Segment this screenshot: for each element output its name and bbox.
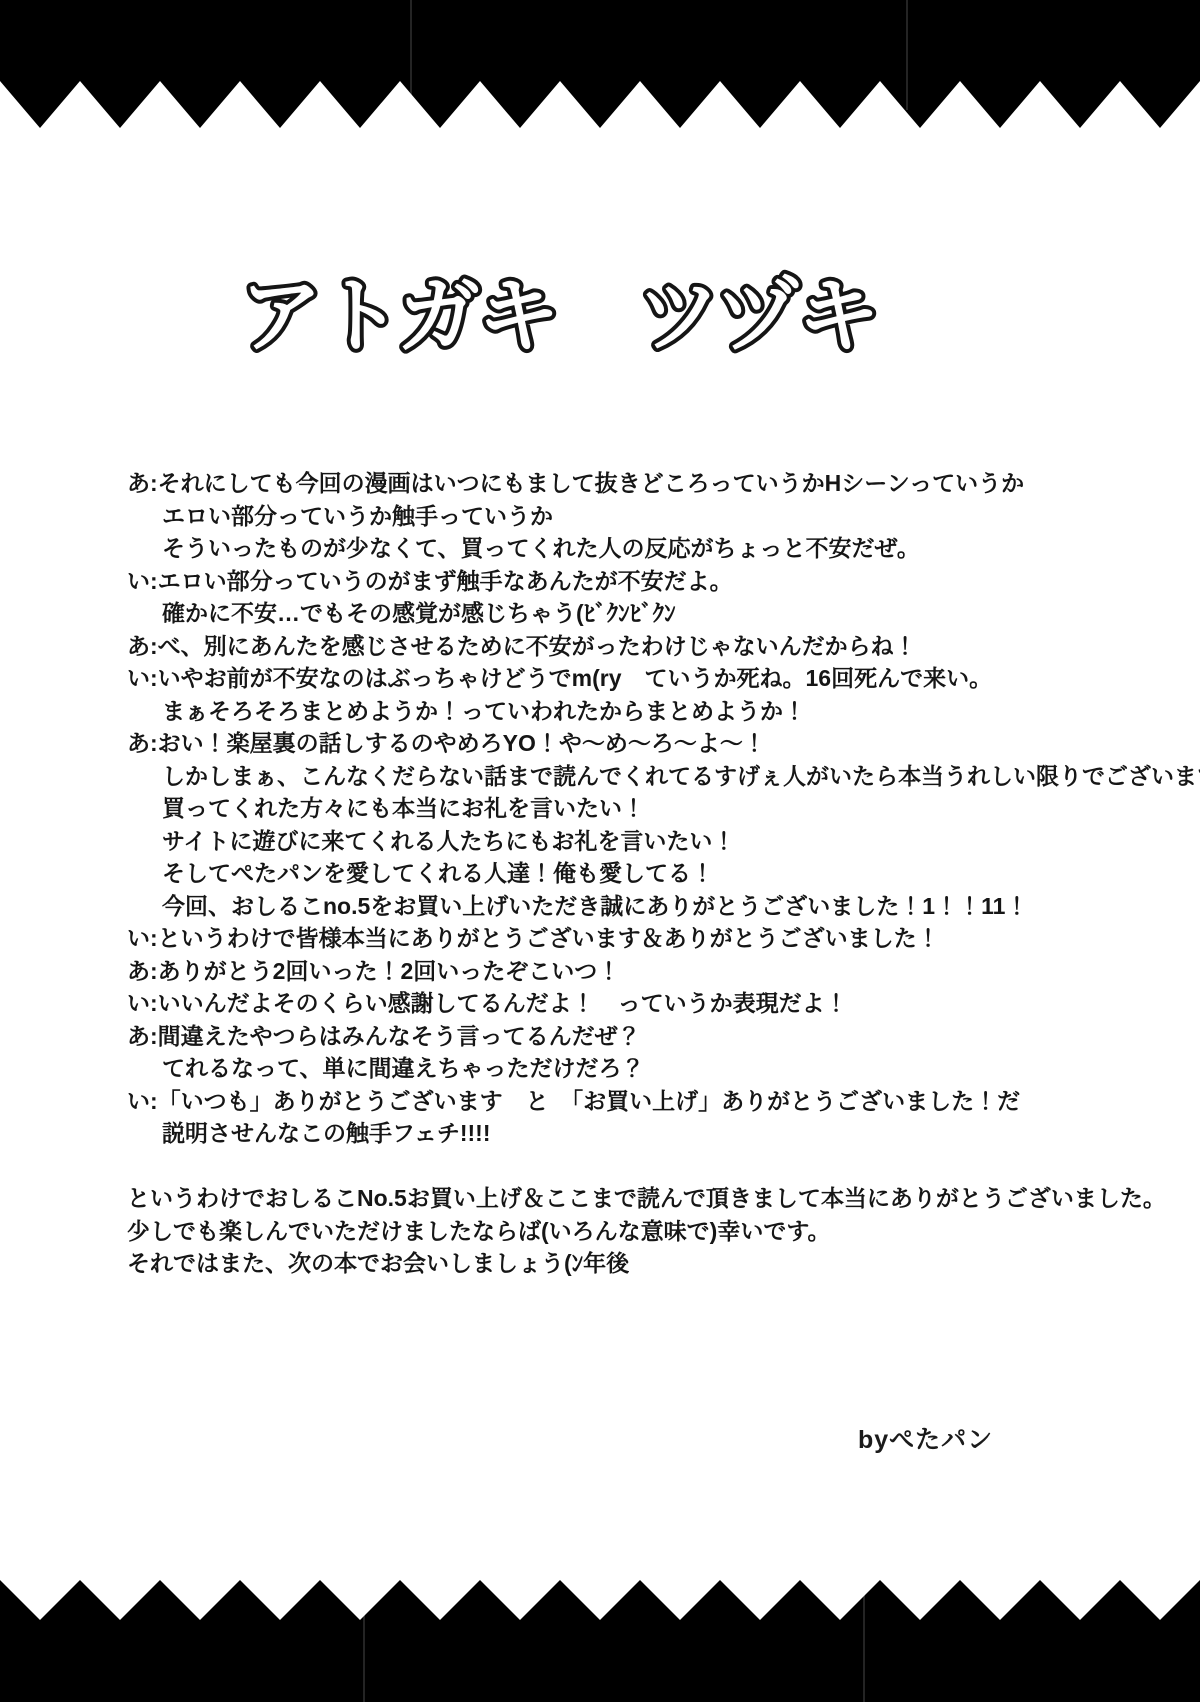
author-signature: byぺたパン bbox=[858, 1420, 993, 1456]
closing-line: というわけでおしるこNo.5お買い上げ＆ここまで読んで頂きまして本当にありがとう… bbox=[127, 1182, 1137, 1215]
dialogue-line: 確かに不安…でもその感覚が感じちゃう(ﾋﾞｸﾝﾋﾞｸﾝ bbox=[127, 597, 1137, 630]
dialogue-line: サイトに遊びに来てくれる人たちにもお礼を言いたい！ bbox=[127, 825, 1137, 858]
bottom-border-zigzag bbox=[0, 1580, 1200, 1620]
scan-seam-line bbox=[363, 1588, 365, 1702]
dialogue-line: エロい部分っていうか触手っていうか bbox=[127, 500, 1137, 533]
dialogue-line: あ:べ、別にあんたを感じさせるために不安がったわけじゃないんだからね！ bbox=[127, 630, 1137, 663]
afterword-body: あ:それにしても今回の漫画はいつにもまして抜きどころっていうかHシーンっていうか… bbox=[127, 467, 1137, 1280]
scan-seam-line bbox=[410, 0, 412, 115]
top-border-zigzag bbox=[0, 81, 1200, 128]
dialogue-line: い:「いつも」ありがとうございます と 「お買い上げ」ありがとうございました！だ bbox=[127, 1085, 1137, 1118]
page-title-text: アトガキ ツヅキ bbox=[240, 271, 878, 362]
closing-line: それではまた、次の本でお会いしましょう(ﾝ年後 bbox=[127, 1247, 1137, 1280]
dialogue-line: い:いやお前が不安なのはぶっちゃけどうでm(ry ていうか死ね。16回死んで来い… bbox=[127, 662, 1137, 695]
scan-seam-line bbox=[863, 1592, 865, 1702]
closing-paragraph: というわけでおしるこNo.5お買い上げ＆ここまで読んで頂きまして本当にありがとう… bbox=[127, 1182, 1137, 1280]
dialogue-line: い:いいんだよそのくらい感謝してるんだよ！ っていうか表現だよ！ bbox=[127, 987, 1137, 1020]
dialogue-line: そういったものが少なくて、買ってくれた人の反応がちょっと不安だぜ。 bbox=[127, 532, 1137, 565]
dialogue-line: い:というわけで皆様本当にありがとうございます＆ありがとうございました！ bbox=[127, 922, 1137, 955]
dialogue-line: あ:それにしても今回の漫画はいつにもまして抜きどころっていうかHシーンっていうか bbox=[127, 467, 1137, 500]
dialogue-line: あ:ありがとう2回いった！2回いったぞこいつ！ bbox=[127, 955, 1137, 988]
dialogue-line: てれるなって、単に間違えちゃっただけだろ？ bbox=[127, 1052, 1137, 1085]
top-border-band bbox=[0, 0, 1200, 81]
dialogue-line: そしてぺたパンを愛してくれる人達！俺も愛してる！ bbox=[127, 857, 1137, 890]
afterword-page: アトガキ ツヅキ あ:それにしても今回の漫画はいつにもまして抜きどころっていうか… bbox=[0, 0, 1200, 1702]
dialogue-line: い:エロい部分っていうのがまず触手なあんたが不安だよ。 bbox=[127, 565, 1137, 598]
dialogue-line: 今回、おしるこno.5をお買い上げいただき誠にありがとうございました！1！！11… bbox=[127, 890, 1137, 923]
closing-line: 少しでも楽しんでいただけましたならば(いろんな意味で)幸いです。 bbox=[127, 1215, 1137, 1248]
dialogue-line: 説明させんなこの触手フェチ!!!! bbox=[127, 1117, 1137, 1150]
bottom-border-band bbox=[0, 1620, 1200, 1702]
dialogue-line: あ:おい！楽屋裏の話しするのやめろYO！や～め～ろ～よ～！ bbox=[127, 727, 1137, 760]
dialogue-line: まぁそろそろまとめようか！っていわれたからまとめようか！ bbox=[127, 695, 1137, 728]
page-title: アトガキ ツヅキ bbox=[238, 246, 928, 376]
dialogue-line: 買ってくれた方々にも本当にお礼を言いたい！ bbox=[127, 792, 1137, 825]
scan-seam-line bbox=[906, 0, 908, 110]
dialogue-line: しかしまぁ、こんなくだらない話まで読んでくれてるすげぇ人がいたら本当うれしい限り… bbox=[127, 760, 1137, 793]
dialogue-line: あ:間違えたやつらはみんなそう言ってるんだぜ？ bbox=[127, 1020, 1137, 1053]
